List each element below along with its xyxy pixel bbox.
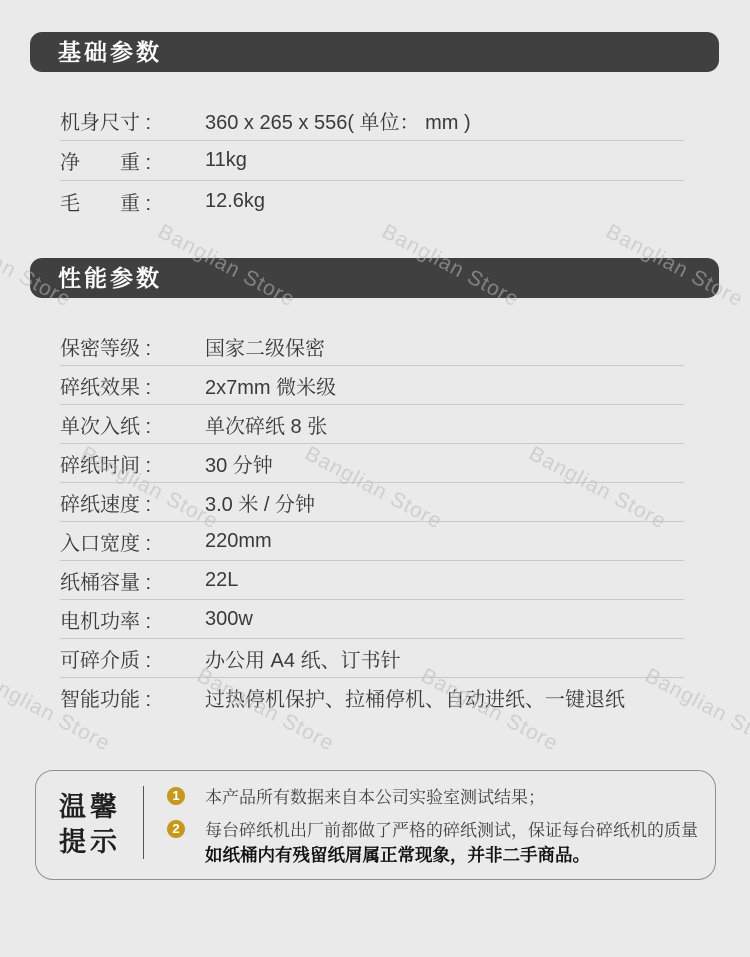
table-row: 智能功能 : 过热停机保护、拉桶停机、自动进纸、一键退纸 — [60, 678, 684, 717]
row-label: 毛 重 : — [60, 187, 205, 216]
tips-title-line2: 提示 — [36, 825, 144, 860]
tip-bold-note: 如纸桶内有残留纸屑属正常现象，并非二手商品。 — [205, 842, 590, 867]
row-value: 3.0 米 / 分钟 — [205, 488, 315, 517]
table-row: 碎纸时间 : 30 分钟 — [60, 444, 684, 483]
row-value: 单次碎纸 8 张 — [205, 410, 327, 439]
product-spec-page: 基础参数 机身尺寸 : 360 x 265 x 556( 单位： mm ) 净 … — [0, 0, 750, 957]
row-label: 碎纸速度 : — [60, 488, 205, 517]
table-row: 毛 重 : 12.6kg — [60, 181, 684, 221]
tip-item: 1 本产品所有数据来自本公司实验室测试结果； — [167, 783, 545, 808]
tip-number-badge: 1 — [167, 787, 185, 805]
row-value: 12.6kg — [205, 190, 265, 213]
tips-title-line1: 温馨 — [36, 790, 144, 825]
table-row: 碎纸速度 : 3.0 米 / 分钟 — [60, 483, 684, 522]
table-row: 单次入纸 : 单次碎纸 8 张 — [60, 405, 684, 444]
row-label: 碎纸效果 : — [60, 371, 205, 400]
row-label: 可碎介质 : — [60, 644, 205, 673]
row-value: 国家二级保密 — [205, 332, 325, 361]
row-value: 360 x 265 x 556( 单位： mm ) — [205, 106, 471, 135]
tip-item: 2 每台碎纸机出厂前都做了严格的碎纸测试，保证每台碎纸机的质量 — [167, 816, 698, 841]
row-value: 30 分钟 — [205, 449, 273, 478]
row-label: 机身尺寸 : — [60, 106, 205, 135]
table-row: 净 重 : 11kg — [60, 141, 684, 181]
row-label: 净 重 : — [60, 146, 205, 175]
row-value: 22L — [205, 569, 238, 592]
table-row: 碎纸效果 : 2x7mm 微米级 — [60, 366, 684, 405]
tip-text: 本产品所有数据来自本公司实验室测试结果； — [205, 783, 545, 808]
performance-params-table: 保密等级 : 国家二级保密 碎纸效果 : 2x7mm 微米级 单次入纸 : 单次… — [60, 327, 684, 717]
section-title: 性能参数 — [58, 265, 162, 291]
row-label: 碎纸时间 : — [60, 449, 205, 478]
row-value: 220mm — [205, 530, 272, 553]
row-label: 入口宽度 : — [60, 527, 205, 556]
section-header-basic-params: 基础参数 — [30, 32, 719, 72]
tip-number-badge: 2 — [167, 820, 185, 838]
table-row: 入口宽度 : 220mm — [60, 522, 684, 561]
row-value: 300w — [205, 608, 253, 631]
table-row: 保密等级 : 国家二级保密 — [60, 327, 684, 366]
basic-params-table: 机身尺寸 : 360 x 265 x 556( 单位： mm ) 净 重 : 1… — [60, 101, 684, 221]
row-label: 单次入纸 : — [60, 410, 205, 439]
row-label: 纸桶容量 : — [60, 566, 205, 595]
row-value: 过热停机保护、拉桶停机、自动进纸、一键退纸 — [205, 683, 625, 712]
tips-title: 温馨 提示 — [36, 790, 144, 860]
row-label: 电机功率 : — [60, 605, 205, 634]
section-header-performance-params: 性能参数 — [30, 258, 719, 298]
row-value: 办公用 A4 纸、订书针 — [205, 644, 401, 673]
row-value: 11kg — [205, 149, 247, 172]
table-row: 电机功率 : 300w — [60, 600, 684, 639]
row-label: 智能功能 : — [60, 683, 205, 712]
table-row: 机身尺寸 : 360 x 265 x 556( 单位： mm ) — [60, 101, 684, 141]
section-title: 基础参数 — [58, 39, 162, 65]
tip-text: 每台碎纸机出厂前都做了严格的碎纸测试，保证每台碎纸机的质量 — [205, 816, 698, 841]
table-row: 纸桶容量 : 22L — [60, 561, 684, 600]
row-label: 保密等级 : — [60, 332, 205, 361]
warm-tips-box: 温馨 提示 1 本产品所有数据来自本公司实验室测试结果； 2 每台碎纸机出厂前都… — [35, 770, 716, 880]
tips-vertical-divider — [143, 786, 144, 859]
table-row: 可碎介质 : 办公用 A4 纸、订书针 — [60, 639, 684, 678]
row-value: 2x7mm 微米级 — [205, 371, 336, 400]
